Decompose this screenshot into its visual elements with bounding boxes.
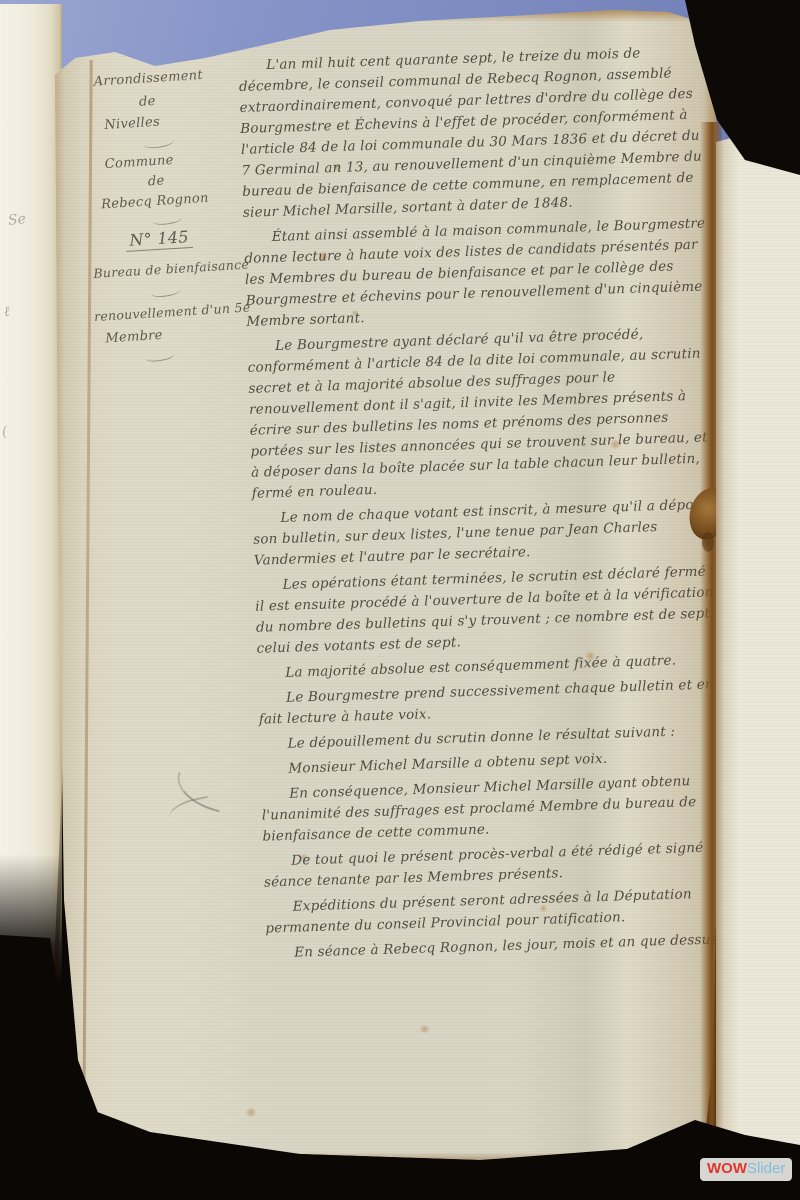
paragraph: Le Bourgmestre ayant déclaré qu'il va êt… bbox=[247, 322, 722, 505]
bleedthrough-mark: Se bbox=[7, 211, 26, 229]
facing-page: A, bbox=[716, 120, 800, 1180]
flourish-divider-icon bbox=[144, 349, 175, 363]
left-page-stack-edge: Se ℓ ( bbox=[0, 4, 62, 984]
paragraph: Le nom de chaque votant est inscrit, à m… bbox=[252, 494, 724, 572]
margin-arrondissement: Arrondissement bbox=[79, 65, 250, 90]
margin-act-number: N° 145 bbox=[125, 227, 194, 252]
wowslider-watermark[interactable]: WOWSlider bbox=[700, 1158, 792, 1181]
paragraph: L'an mil huit cent quarante sept, le tre… bbox=[238, 41, 713, 224]
paragraph: Les opérations étant terminées, le scrut… bbox=[254, 561, 726, 660]
margin-annotations: Arrondissement de Nivelles Commune de Re… bbox=[79, 65, 266, 365]
margin-nivelles: Nivelles bbox=[82, 109, 253, 134]
watermark-slider-text: Slider bbox=[747, 1160, 785, 1177]
flourish-divider-icon bbox=[152, 212, 183, 226]
pencil-check-mark bbox=[166, 796, 211, 824]
deliberation-text: L'an mil huit cent quarante sept, le tre… bbox=[238, 41, 736, 968]
watermark-wow-text: WOW bbox=[707, 1160, 747, 1177]
paragraph: En conséquence, Monsieur Michel Marsille… bbox=[261, 770, 733, 848]
manuscript-page: Arrondissement de Nivelles Commune de Re… bbox=[52, 8, 720, 1164]
foxing-spot bbox=[246, 1108, 256, 1117]
margin-renouvellement: renouvellement d'un 5e bbox=[94, 299, 265, 324]
flourish-divider-icon bbox=[150, 284, 181, 298]
margin-bureau-bienfaisance: Bureau de bienfaisance bbox=[91, 256, 262, 281]
foxing-spot bbox=[420, 1025, 429, 1033]
bleedthrough-mark: ( bbox=[1, 424, 8, 440]
bleedthrough-mark: ℓ bbox=[3, 304, 11, 322]
flourish-divider-icon bbox=[143, 136, 174, 150]
margin-membre: Membre bbox=[95, 322, 266, 347]
binding-knot-tail bbox=[702, 532, 714, 552]
paragraph: Étant ainsi assemblé à la maison communa… bbox=[243, 213, 716, 333]
photo-of-manuscript: Se ℓ ( Arrondissement de Nivelles Commun… bbox=[0, 0, 800, 1200]
